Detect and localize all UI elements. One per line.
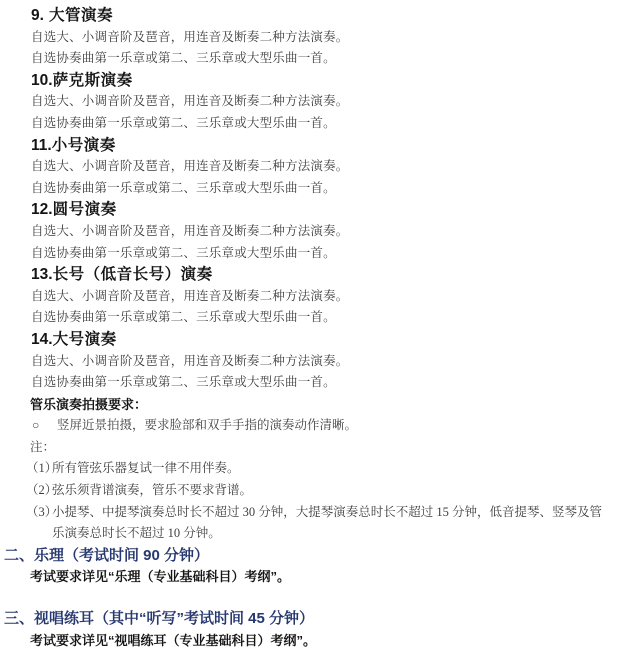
instrument-title: 萨克斯演奏: [53, 72, 133, 89]
notes-label: 注：: [30, 437, 603, 459]
instrument-number: 14.: [31, 329, 53, 351]
instrument-number: 12.: [31, 199, 53, 221]
requirement-concerto-line: 自选协奏曲第一乐章或第二、三乐章或大型乐曲一首。: [31, 307, 603, 329]
requirement-scales-line: 自选大、小调音阶及琶音，用连音及断奏二种方法演奏。: [31, 286, 603, 308]
instrument-title: 大号演奏: [53, 331, 117, 348]
section-detail-sight-singing: 考试要求详见“视唱练耳（专业基础科目）考纲”。: [30, 630, 603, 651]
instrument-number: 9.: [31, 5, 49, 27]
exam-syllabus-page: 9.大管演奏 自选大、小调音阶及琶音，用连音及断奏二种方法演奏。 自选协奏曲第一…: [0, 0, 625, 651]
instrument-title: 大管演奏: [49, 7, 113, 24]
section-heading-sight-singing: 三、视唱练耳（其中“听写”考试时间 45 分钟）: [4, 608, 603, 630]
requirement-scales-line: 自选大、小调音阶及琶音，用连音及断奏二种方法演奏。: [31, 156, 603, 178]
instrument-heading-saxophone: 10.萨克斯演奏: [31, 70, 603, 92]
instrument-heading-french-horn: 12.圆号演奏: [31, 199, 603, 221]
note-text: 弦乐须背谱演奏，管乐不要求背谱。: [52, 480, 603, 502]
section-number: 二、: [4, 545, 34, 567]
section-title: 乐理（考试时间 90 分钟）: [34, 547, 209, 564]
note-marker: （2）: [26, 480, 52, 502]
section-heading-music-theory: 二、乐理（考试时间 90 分钟）: [4, 545, 603, 567]
shooting-requirement-text: 竖屏近景拍摄，要求脸部和双手手指的演奏动作清晰。: [57, 415, 357, 437]
instrument-title: 圆号演奏: [53, 201, 117, 218]
requirement-concerto-line: 自选协奏曲第一乐章或第二、三乐章或大型乐曲一首。: [31, 48, 603, 70]
requirement-scales-line: 自选大、小调音阶及琶音，用连音及断奏二种方法演奏。: [31, 221, 603, 243]
instrument-heading-trumpet: 11.小号演奏: [31, 135, 603, 157]
shooting-requirements-heading: 管乐演奏拍摄要求：: [30, 394, 603, 416]
requirement-concerto-line: 自选协奏曲第一乐章或第二、三乐章或大型乐曲一首。: [31, 243, 603, 265]
instrument-heading-bassoon: 9.大管演奏: [31, 5, 603, 27]
requirement-scales-line: 自选大、小调音阶及琶音，用连音及断奏二种方法演奏。: [31, 91, 603, 113]
instrument-number: 13.: [31, 264, 53, 286]
note-marker: （3）: [26, 502, 52, 545]
note-marker: （1）: [26, 458, 52, 480]
instrument-heading-tuba: 14.大号演奏: [31, 329, 603, 351]
note-text: 所有管弦乐器复试一律不用伴奏。: [52, 458, 603, 480]
instrument-number: 11.: [31, 135, 52, 157]
instrument-number: 10.: [31, 70, 53, 92]
note-text: 小提琴、中提琴演奏总时长不超过 30 分钟，大提琴演奏总时长不超过 15 分钟，…: [52, 502, 603, 545]
instrument-title: 长号（低音长号）演奏: [53, 266, 213, 283]
requirement-concerto-line: 自选协奏曲第一乐章或第二、三乐章或大型乐曲一首。: [31, 372, 603, 394]
requirement-scales-line: 自选大、小调音阶及琶音，用连音及断奏二种方法演奏。: [31, 351, 603, 373]
section-title: 视唱练耳（其中“听写”考试时间 45 分钟）: [34, 610, 314, 627]
shooting-requirement-item: ○ 竖屏近景拍摄，要求脸部和双手手指的演奏动作清晰。: [32, 415, 603, 437]
note-item-1: （1） 所有管弦乐器复试一律不用伴奏。: [26, 458, 603, 480]
note-item-3: （3） 小提琴、中提琴演奏总时长不超过 30 分钟，大提琴演奏总时长不超过 15…: [26, 502, 603, 545]
section-number: 三、: [4, 608, 34, 630]
requirement-concerto-line: 自选协奏曲第一乐章或第二、三乐章或大型乐曲一首。: [31, 113, 603, 135]
note-item-2: （2） 弦乐须背谱演奏，管乐不要求背谱。: [26, 480, 603, 502]
circle-bullet-icon: ○: [32, 415, 57, 437]
requirement-concerto-line: 自选协奏曲第一乐章或第二、三乐章或大型乐曲一首。: [31, 178, 603, 200]
instrument-title: 小号演奏: [52, 137, 116, 154]
section-detail-music-theory: 考试要求详见“乐理（专业基础科目）考纲”。: [30, 566, 603, 588]
requirement-scales-line: 自选大、小调音阶及琶音，用连音及断奏二种方法演奏。: [31, 27, 603, 49]
instrument-heading-trombone: 13.长号（低音长号）演奏: [31, 264, 603, 286]
